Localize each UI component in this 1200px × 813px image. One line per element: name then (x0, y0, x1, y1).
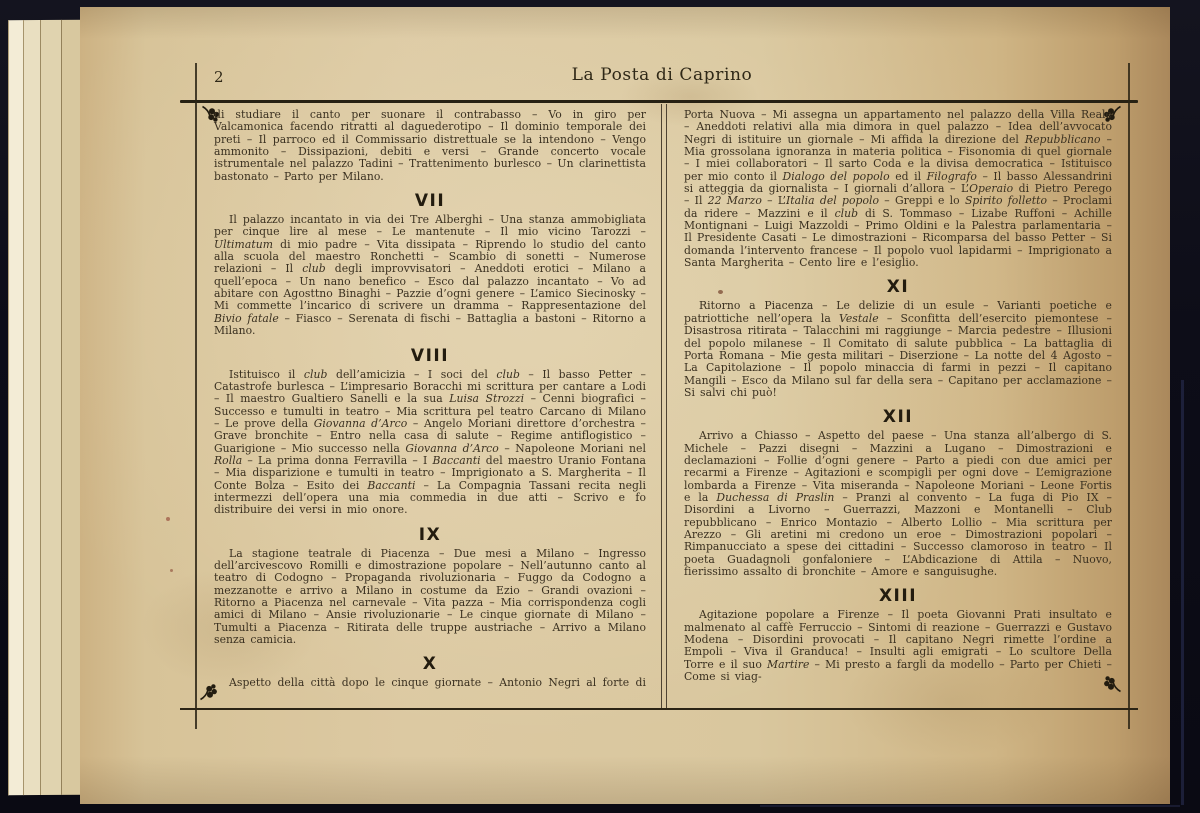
book-photo: { "header": { "page_number": "2", "title… (0, 0, 1200, 813)
book-page: 2 La Posta di Caprino di studiare il can… (80, 7, 1170, 804)
chapter-section: Porta Nuova – Mi assegna un appartamento… (684, 109, 1112, 269)
chapter-heading: XI (684, 278, 1112, 296)
chapter-summary-text: Arrivo a Chiasso – Aspetto del paese – U… (684, 430, 1112, 578)
chapter-heading: XIII (684, 587, 1112, 605)
chapter-summary-text: La stagione teatrale di Piacenza – Due m… (214, 548, 646, 647)
right-column: Porta Nuova – Mi assegna un appartamento… (684, 109, 1112, 683)
chapter-summary-text: Il palazzo incantato in via dei Tre Albe… (214, 214, 646, 337)
chapter-heading: XII (684, 408, 1112, 426)
chapter-section: XAspetto della città dopo le cinque gior… (214, 655, 646, 689)
book-cover-edge (1181, 380, 1184, 805)
chapter-section: VIIIIstituisco il club dell’amicizia – I… (214, 347, 646, 517)
chapter-heading: VII (214, 192, 646, 210)
page-edges-stack (6, 14, 84, 800)
chapter-section: XIRitorno a Piacenza – Le delizie di un … (684, 278, 1112, 399)
chapter-heading: X (214, 655, 646, 673)
ink-speck (170, 569, 173, 572)
page-edge-strip (40, 20, 61, 795)
chapter-summary-text: Ritorno a Piacenza – Le delizie di un es… (684, 300, 1112, 399)
header-rule (180, 100, 1138, 103)
left-column: di studiare il canto per suonare il cont… (214, 109, 646, 690)
chapter-summary-text: Agitazione popolare a Firenze – Il poeta… (684, 609, 1112, 683)
page-edge-strip (23, 20, 40, 795)
chapter-summary-text: Porta Nuova – Mi assegna un appartamento… (684, 109, 1112, 269)
chapter-heading: VIII (214, 347, 646, 365)
page-edge-strip (8, 20, 23, 795)
chapter-section: VIIIl palazzo incantato in via dei Tre A… (214, 192, 646, 337)
chapter-summary-text: Aspetto della città dopo le cinque giorn… (214, 677, 646, 689)
chapter-heading: IX (214, 526, 646, 544)
frame-rule-left (195, 63, 197, 729)
chapter-summary-text: Istituisco il club dell’amicizia – I soc… (214, 369, 646, 517)
frame-rule-right (1128, 63, 1130, 729)
chapter-summary-text: di studiare il canto per suonare il cont… (214, 109, 646, 183)
chapter-section: di studiare il canto per suonare il cont… (214, 109, 646, 183)
chapter-section: XIIIAgitazione popolare a Firenze – Il p… (684, 587, 1112, 683)
book-cover-edge (760, 805, 1180, 807)
footer-rule (180, 708, 1138, 710)
running-title: La Posta di Caprino (196, 65, 1128, 85)
chapter-section: IXLa stagione teatrale di Piacenza – Due… (214, 526, 646, 647)
chapter-section: XIIArrivo a Chiasso – Aspetto del paese … (684, 408, 1112, 578)
ink-speck (166, 517, 170, 521)
column-divider-rule (661, 104, 667, 708)
